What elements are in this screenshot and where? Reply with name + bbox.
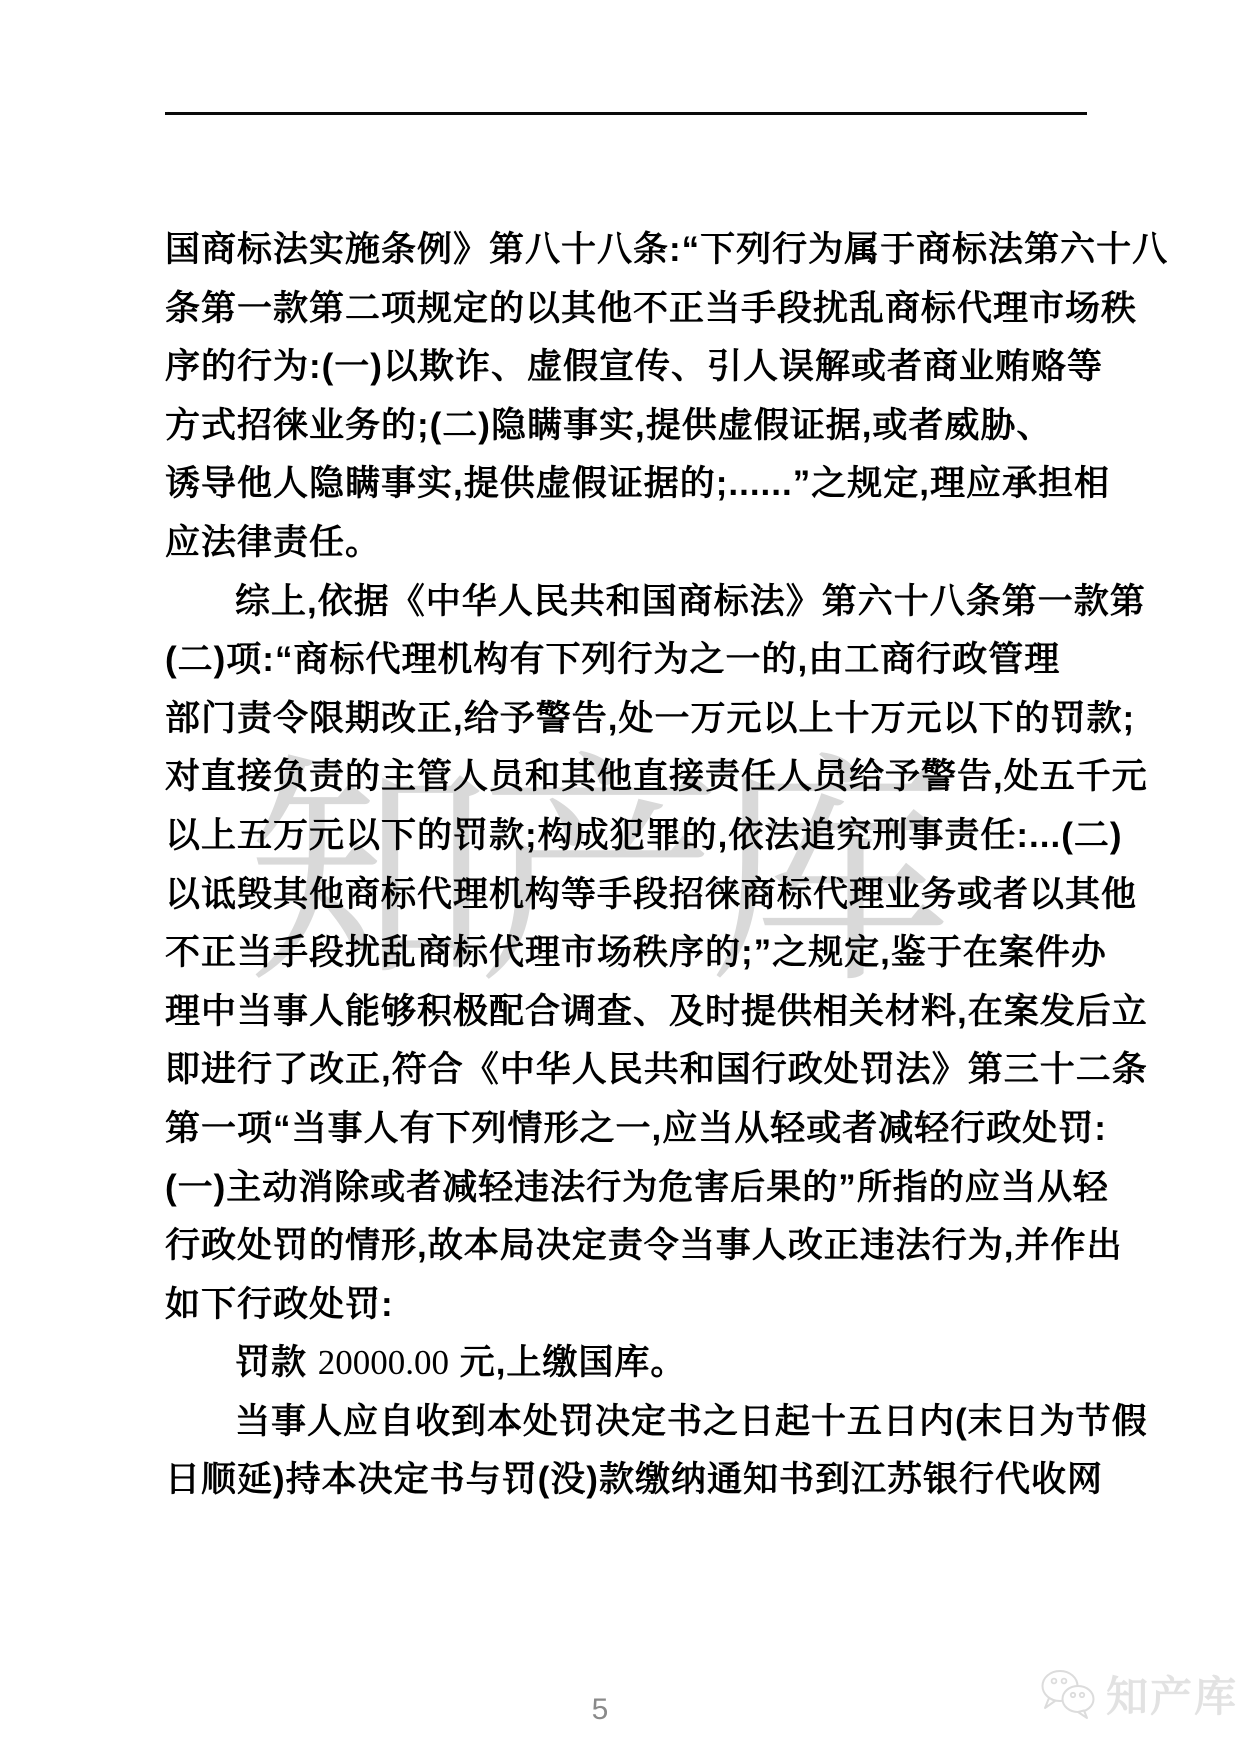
- text-line: 诱导他人隐瞒事实,提供虚假证据的;......”之规定,理应承担相: [165, 455, 1087, 514]
- brand-label: 知产库: [1106, 1664, 1238, 1724]
- text-line: 综上,依据《中华人民共和国商标法》第六十八条第一款第: [165, 573, 1087, 632]
- document-body: 国商标法实施条例》第八十八条:“下列行为属于商标法第六十八 条第一款第二项规定的…: [165, 221, 1087, 1510]
- page-number: 5: [560, 1694, 640, 1726]
- brand-logo: 知产库: [1040, 1666, 1238, 1722]
- text-line: 即进行了改正,符合《中华人民共和国行政处罚法》第三十二条: [165, 1041, 1087, 1100]
- text-line: 理中当事人能够积极配合调查、及时提供相关材料,在案发后立: [165, 983, 1087, 1042]
- text-line: 行政处罚的情形,故本局决定责令当事人改正违法行为,并作出: [165, 1217, 1087, 1276]
- text-line: 部门责令限期改正,给予警告,处一万元以上十万元以下的罚款;: [165, 690, 1087, 749]
- fine-amount-line: 罚款 20000.00 元,上缴国库。: [165, 1334, 1087, 1393]
- text-line: 国商标法实施条例》第八十八条:“下列行为属于商标法第六十八: [165, 221, 1087, 280]
- text-line: (一)主动消除或者减轻违法行为危害后果的”所指的应当从轻: [165, 1159, 1087, 1218]
- text-line: (二)项:“商标代理机构有下列行为之一的,由工商行政管理: [165, 631, 1087, 690]
- text-line: 应法律责任。: [165, 514, 1087, 573]
- fine-suffix: 元,上缴国库。: [449, 1343, 686, 1382]
- text-line: 不正当手段扰乱商标代理市场秩序的;”之规定,鉴于在案件办: [165, 924, 1087, 983]
- text-line: 当事人应自收到本处罚决定书之日起十五日内(末日为节假: [165, 1393, 1087, 1452]
- text-line: 以上五万元以下的罚款;构成犯罪的,依法追究刑事责任:...(二): [165, 807, 1087, 866]
- text-line: 以诋毁其他商标代理机构等手段招徕商标代理业务或者以其他: [165, 866, 1087, 925]
- text-line: 日顺延)持本决定书与罚(没)款缴纳通知书到江苏银行代收网: [165, 1451, 1087, 1510]
- wechat-icon: [1040, 1668, 1098, 1720]
- text-line: 条第一款第二项规定的以其他不正当手段扰乱商标代理市场秩: [165, 280, 1087, 339]
- document-page: 知产库 国商标法实施条例》第八十八条:“下列行为属于商标法第六十八 条第一款第二…: [0, 0, 1240, 1753]
- fine-prefix: 罚款: [235, 1343, 318, 1382]
- header-rule: [165, 112, 1087, 115]
- text-line: 对直接负责的主管人员和其他直接责任人员给予警告,处五千元: [165, 748, 1087, 807]
- text-line: 序的行为:(一)以欺诈、虚假宣传、引人误解或者商业贿赂等: [165, 338, 1087, 397]
- text-line: 第一项“当事人有下列情形之一,应当从轻或者减轻行政处罚:: [165, 1100, 1087, 1159]
- text-line: 如下行政处罚:: [165, 1276, 1087, 1335]
- text-line: 方式招徕业务的;(二)隐瞒事实,提供虚假证据,或者威胁、: [165, 397, 1087, 456]
- fine-amount: 20000.00: [318, 1343, 449, 1382]
